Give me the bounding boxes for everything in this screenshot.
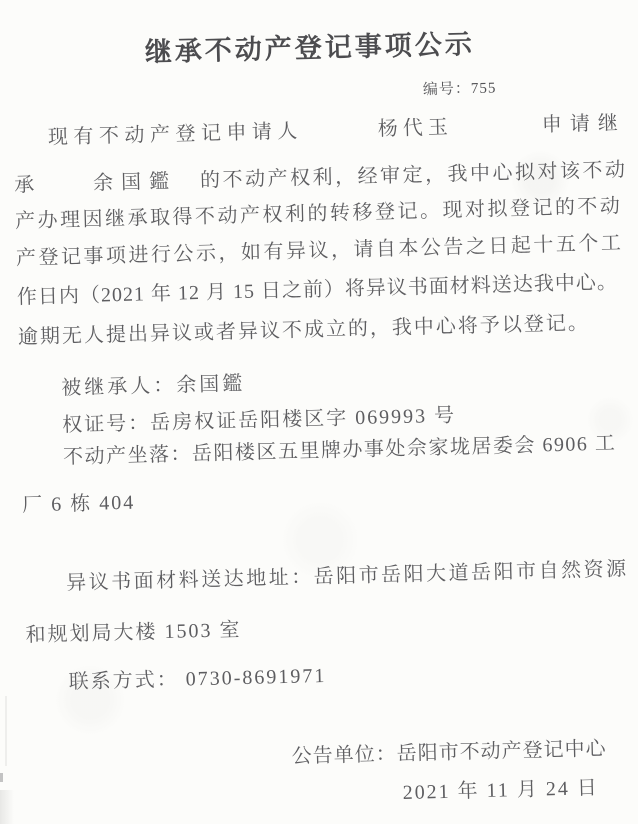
body-line-2: 承 余国鑑 的不动产权利，经审定，我中心拟对该不动 [14,157,628,199]
body-line-5: 作日内（2021 年 12 月 15 日之前）将异议书面材料送达我中心。 [17,269,618,310]
objection-address-line-2: 和规划局大楼 1503 室 [25,617,242,648]
line1-suffix: 申请继 [541,110,626,138]
decedent-line: 被继承人：余国鑑 [61,371,246,402]
line2-prefix: 承 [14,172,37,199]
body-line-4: 产登记事项进行公示，如有异议，请自本公告之日起十五个工 [16,230,624,271]
location-line-2: 厂 6 栋 404 [22,490,136,519]
body-line-3: 产办理因继承取得不动产权利的转移登记。现对拟登记的不动 [15,193,623,234]
scan-edge-tick [0,773,3,782]
location-line-1: 不动产坐落：岳阳楼区五里牌办事处佘家垅居委会 6906 工 [63,430,617,470]
decedent-name: 余国鑑 [93,169,178,197]
body-line-6: 逾期无人提出异议或者异议不成立的，我中心将予以登记。 [18,310,590,350]
line2-rest: 的不动产权利，经审定，我中心拟对该不动 [200,157,628,194]
objection-address-line-1: 异议书面材料送达地址：岳阳市岳阳大道岳阳市自然资源 [66,556,629,596]
line1-prefix: 现有不动产登记申请人 [48,118,304,150]
contact-line: 联系方式： 0730-8691971 [68,663,326,696]
notice-title: 继承不动产登记事项公示 [0,18,629,73]
scan-edge-streak [5,696,7,766]
scanned-notice-page: 继承不动产登记事项公示 编号：755 现有不动产登记申请人 杨代玉 申请继 承 … [0,0,638,824]
body-line-1: 现有不动产登记申请人 杨代玉 申请继 [48,110,626,151]
date-line: 2021 年 11 月 24 日 [402,775,599,806]
issuer-line: 公告单位：岳阳市不动产登记中心 [291,736,607,770]
scan-edge-smudge [0,790,14,824]
applicant-name: 杨代玉 [378,115,454,143]
certificate-line: 权证号：岳房权证岳阳楼区字 069993 号 [62,403,457,439]
scan-skew-layer: 继承不动产登记事项公示 编号：755 现有不动产登记申请人 杨代玉 申请继 承 … [0,0,638,824]
doc-number: 编号：755 [423,76,497,99]
